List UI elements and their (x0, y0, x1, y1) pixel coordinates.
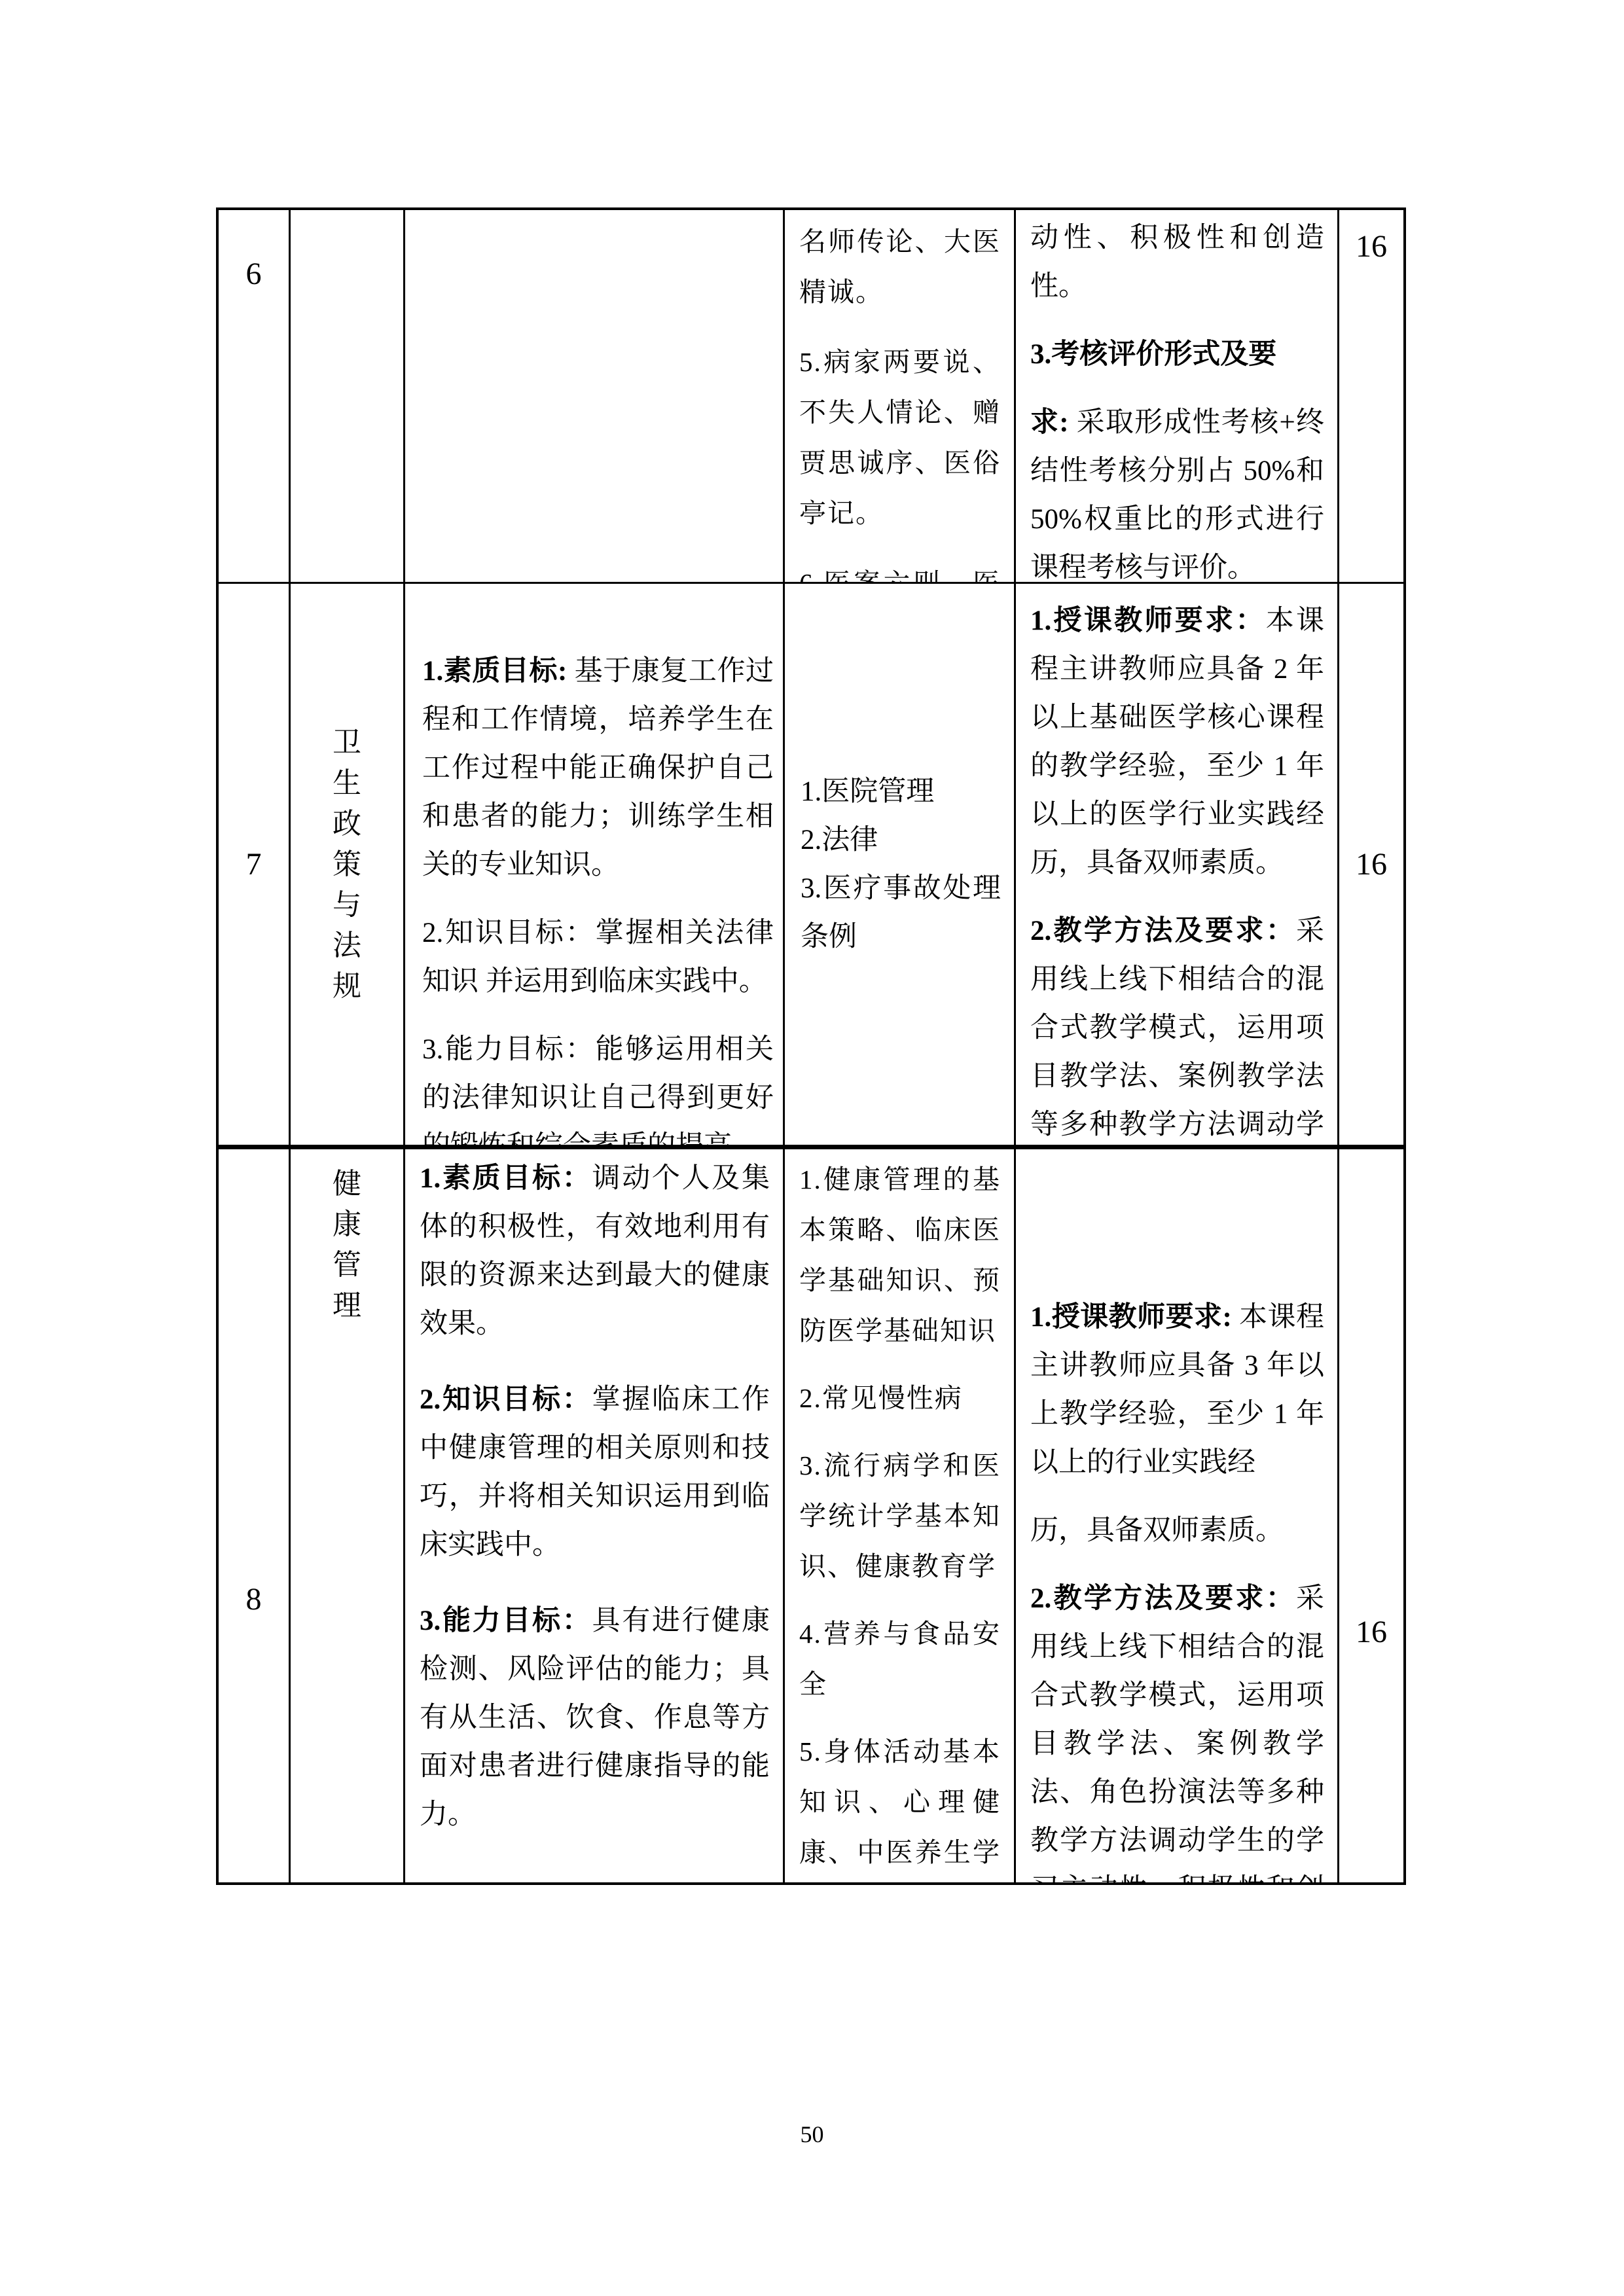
paragraph: 3.能力目标：具有进行健康检测、风险评估的能力；具有从生活、饮食、作息等方面对患… (420, 1597, 770, 1839)
paragraph: 名师传论、大医精诚。 (799, 217, 1001, 317)
paragraph: 2.知识目标：掌握临床工作中健康管理的相关原则和技巧，并将相关知识运用到临床实践… (420, 1376, 770, 1570)
paragraph: 3.能力目标：能够运用相关的法律知识让自己得到更好的锻炼和综合素质的提高。 (422, 1026, 774, 1149)
row6-requirements-cell: 动性、积极性和创造性。3.考核评价形式及要求: 采取形成性考核+终结性考核分别占… (1016, 210, 1339, 584)
row8-content-cell: 1.健康管理的基本策略、临床医学基础知识、预防医学基础知识2.常见慢性病3.流行… (785, 1149, 1016, 1882)
row7-hours-value: 16 (1356, 846, 1387, 882)
paragraph: 2.常见慢性病 (799, 1373, 1001, 1424)
row6-seq-cell: 6 (219, 210, 291, 584)
paragraph: 2.教学方法及要求：采用线上线下相结合的混合式教学模式，运用项目教学法、案例教学… (1030, 907, 1324, 1149)
paragraph: 2.知识目标：掌握相关法律知识 并运用到临床实践中。 (422, 909, 774, 1006)
paragraph: 2.法律 (801, 816, 1001, 865)
row8-objectives-cell: 1.素质目标：调动个人及集体的积极性，有效地利用有限的资源来达到最大的健康效果。… (405, 1149, 785, 1882)
row6-hours-cell: 16 (1339, 210, 1403, 584)
paragraph: 1.医院管理 (801, 768, 1001, 816)
paragraph: 5.身体活动基本知识、心理健康、中医养生学基础知识、健康信息学、健康管理服务基础… (799, 1727, 1001, 1882)
paragraph: 3.医疗事故处理条例 (801, 865, 1001, 961)
row6-content-cell: 名师传论、大医精诚。5.病家两要说、不失人情论、赠贾思诚序、医俗亭记。6.医案六… (785, 210, 1016, 584)
row8-course-cell: 健康管理 (291, 1149, 405, 1882)
paragraph: 1.健康管理的基本策略、临床医学基础知识、预防医学基础知识 (799, 1155, 1001, 1356)
paragraph: 求: 采取形成性考核+终结性考核分别占 50%和 50%权重比的形式进行课程考核… (1030, 399, 1324, 584)
paragraph: 4.营养与食品安全 (799, 1609, 1001, 1710)
row7-course-name: 卫生政策与法规 (331, 723, 363, 1007)
paragraph: 3.考核评价形式及要 (1030, 331, 1324, 379)
row7-objectives-cell: 1.素质目标: 基于康复工作过程和工作情境，培养学生在工作过程中能正确保护自己和… (405, 584, 785, 1149)
page-number: 50 (0, 2121, 1624, 2148)
row8-requirements-cell: 1.授课教师要求: 本课程主讲教师应具备 3 年以上教学经验，至少 1 年以上的… (1016, 1149, 1339, 1882)
paragraph: 历，具备双师素质。 (1030, 1507, 1324, 1555)
row7-course-cell: 卫生政策与法规 (291, 584, 405, 1149)
paragraph: 2.教学方法及要求：采用线上线下相结合的混合式教学模式，运用项目教学法、案例教学… (1030, 1575, 1324, 1882)
row7-content-cell: 1.医院管理2.法律 3.医疗事故处理条例 (785, 584, 1016, 1149)
paragraph: 5.病家两要说、不失人情论、赠贾思诚序、医俗亭记。 (799, 337, 1001, 539)
paragraph: 1.素质目标: 基于康复工作过程和工作情境，培养学生在工作过程中能正确保护自己和… (422, 647, 774, 889)
row8-seq-cell: 8 (219, 1149, 291, 1882)
row7-requirements-cell: 1.授课教师要求：本课程主讲教师应具备 2 年以上基础医学核心课程的教学经验，至… (1016, 584, 1339, 1149)
row6-objectives-cell (405, 210, 785, 584)
row6-course-cell (291, 210, 405, 584)
row7-seq-number: 7 (246, 846, 262, 882)
row7-hours-cell: 16 (1339, 584, 1403, 1149)
paragraph: 6.医案六则、医话四则、药论五则、方论四则、医书提要四则、医事笔记六则。 (799, 558, 1001, 584)
row8-hours-cell: 16 (1339, 1149, 1403, 1882)
paragraph: 1.素质目标：调动个人及集体的积极性，有效地利用有限的资源来达到最大的健康效果。 (420, 1155, 770, 1348)
paragraph: 动性、积极性和创造性。 (1030, 214, 1324, 311)
paragraph: 1.授课教师要求: 本课程主讲教师应具备 3 年以上教学经验，至少 1 年以上的… (1030, 1293, 1324, 1487)
paragraph: 1.授课教师要求：本课程主讲教师应具备 2 年以上基础医学核心课程的教学经验，至… (1030, 597, 1324, 888)
row7-seq-cell: 7 (219, 584, 291, 1149)
curriculum-table: 6 名师传论、大医精诚。5.病家两要说、不失人情论、赠贾思诚序、医俗亭记。6.医… (216, 207, 1406, 1885)
paragraph: 3.流行病学和医学统计学基本知识、健康教育学 (799, 1441, 1001, 1592)
row8-course-name: 健康管理 (331, 1164, 363, 1326)
